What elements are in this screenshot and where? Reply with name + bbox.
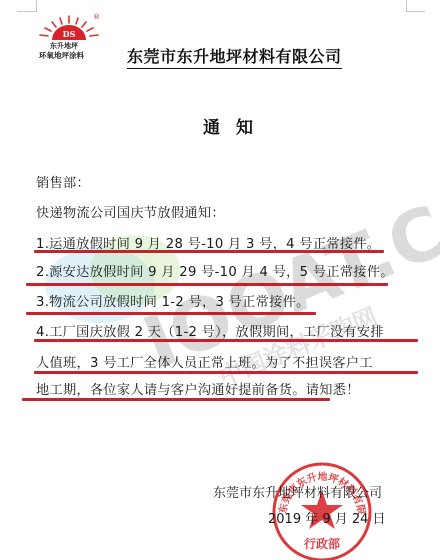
watermark-subtext: 中国涂料采购网 (215, 302, 381, 390)
red-underline (26, 283, 388, 286)
stamp-center-text: 行政部 (304, 536, 340, 551)
company-header: 东莞市东升地坪材料有限公司 (127, 44, 342, 69)
notice-title: 通知 (0, 113, 444, 138)
signature-date: 2019 年 9 月 24 日 (268, 508, 386, 527)
crop-mark-top-right (406, 0, 425, 12)
red-underline (34, 250, 384, 253)
red-underline (22, 398, 330, 401)
notice-item-4-line2: 人值班，3 号工厂全体人员正常上班。为了不担误客户工 (36, 352, 373, 371)
registered-mark: ® (93, 13, 100, 21)
red-underline (34, 339, 418, 342)
svg-text:DS: DS (63, 29, 76, 39)
addressee: 销售部： (36, 172, 90, 191)
red-underline (26, 312, 316, 315)
notice-item-4-line1: 4.工厂国庆放假 2 天（1-2 号），放假期间，工厂没有安排 (36, 321, 384, 340)
intro-line: 快递物流公司国庆节放假通知： (36, 202, 225, 221)
notice-item-3: 3.物流公司放假时间 1-2 号，3 号正常接件。 (36, 291, 310, 310)
crop-mark-top-left (17, 0, 37, 12)
red-underline (34, 371, 418, 374)
signature-company: 东莞市东升地坪材料有限公司 (213, 482, 382, 501)
notice-item-4-line3: 地工期，各位家人请与客户沟通好提前备货。请知悉！ (36, 379, 360, 398)
notice-item-2: 2.源安达放假时间 9 月 29 号-10 月 4 号，5 号正常接件。 (36, 261, 394, 280)
logo-line2: 环氧地坪涂料 (39, 50, 84, 61)
company-logo: DS ® 东升地坪 环氧地坪涂料 (34, 12, 104, 64)
